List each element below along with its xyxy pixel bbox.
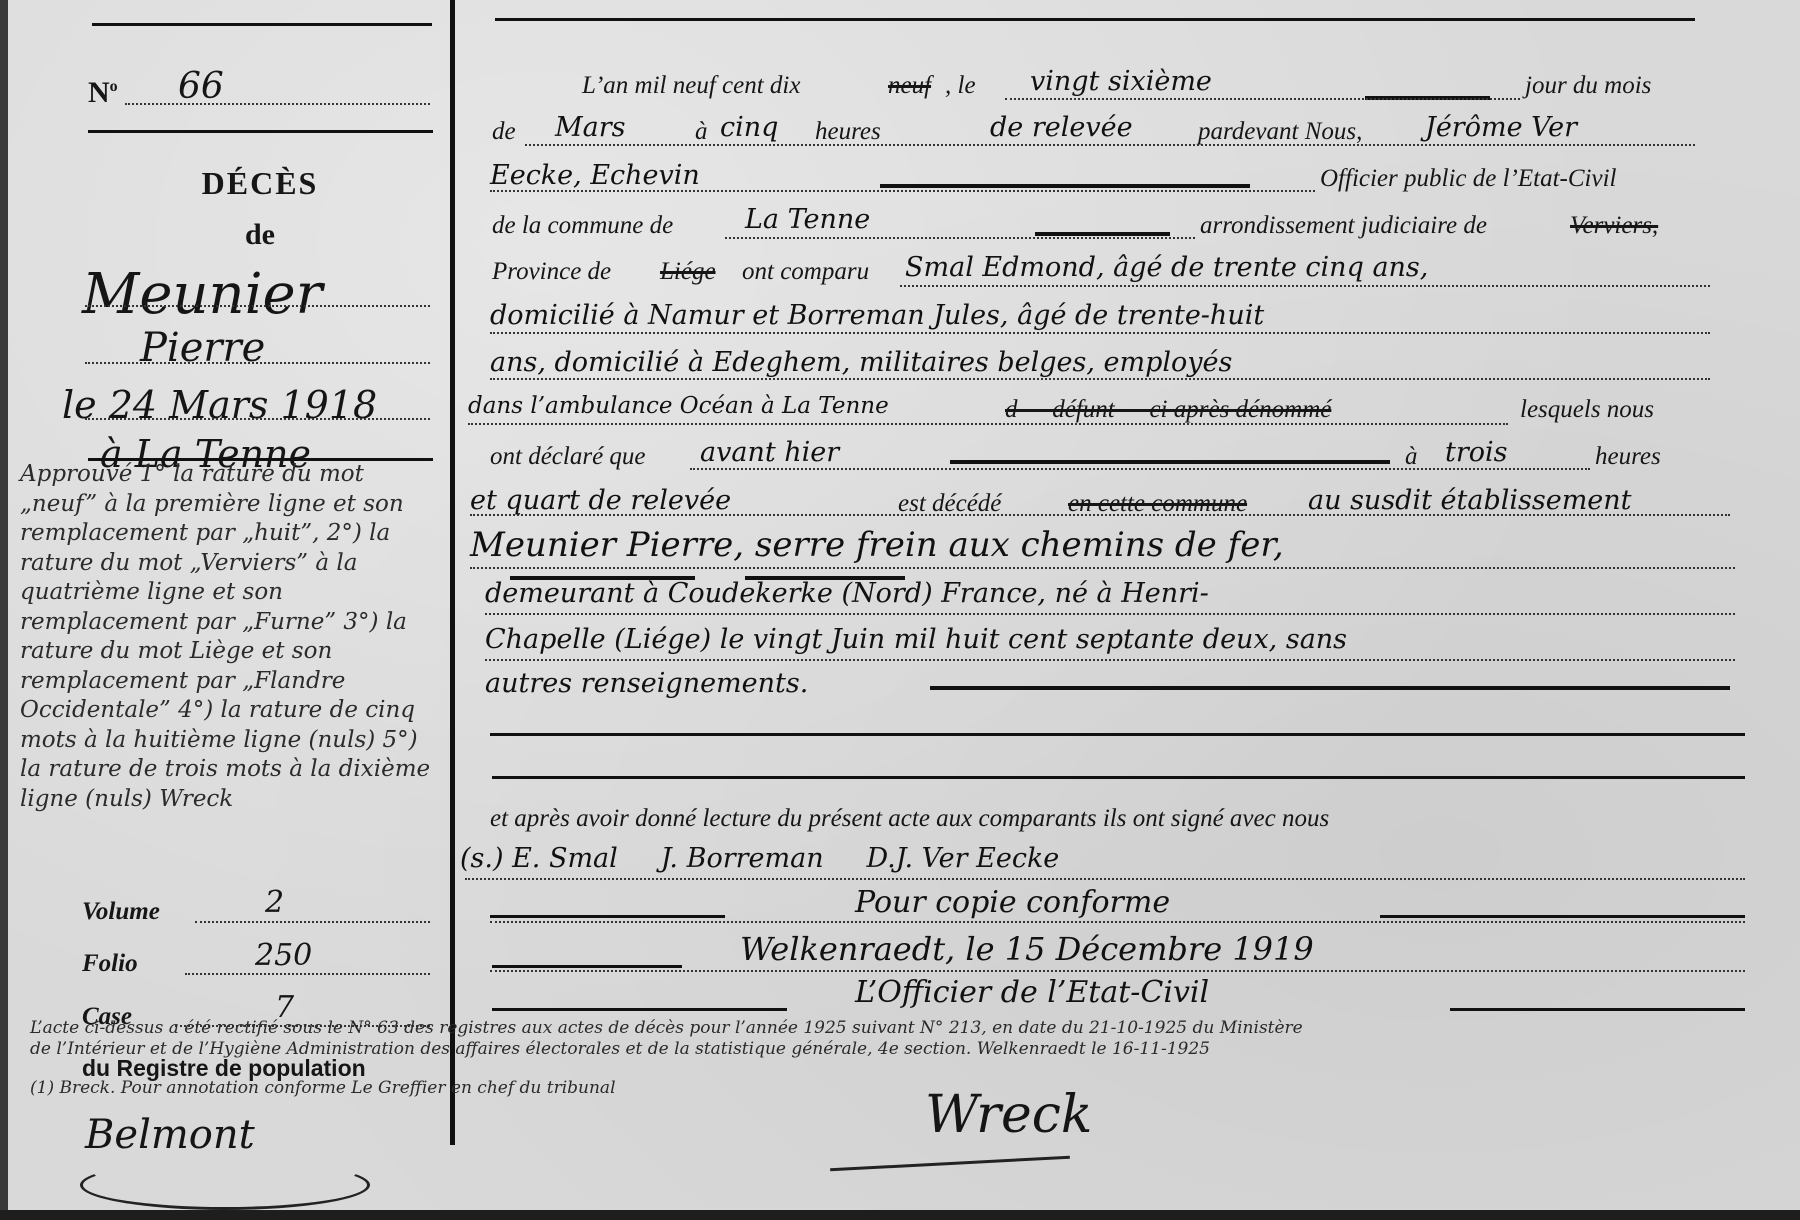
- copy-rule-right: [1380, 915, 1745, 918]
- death-date: le 24 Mars 1918: [62, 383, 377, 427]
- line4-struck-word: Verviers,: [1570, 212, 1658, 240]
- copy-place-date: Welkenraedt, le 15 Décembre 1919: [740, 930, 1314, 968]
- number-rule: [88, 130, 433, 133]
- line2-handwritten-hour: cinq: [720, 112, 778, 143]
- line12-dots: [485, 613, 1735, 615]
- blank-rule-1: [490, 733, 1745, 736]
- line1-printed-c: jour du mois: [1525, 72, 1651, 100]
- document-page: No 66 DÉCÈS de Meunier Pierre le 24 Mars…: [0, 0, 1800, 1220]
- death-date-dots: [85, 418, 430, 420]
- line14-handwritten: autres renseignements.: [485, 668, 808, 699]
- rectification-line-3: (1) Breck. Pour annotation conforme Le G…: [30, 1078, 1770, 1099]
- line2-handwritten-officer: Jérôme Ver: [1425, 112, 1577, 143]
- signature-flourish: [80, 1160, 370, 1210]
- line5-dots: [900, 285, 1710, 287]
- copy-officer-title: L’Officier de l’Etat-Civil: [855, 975, 1209, 1010]
- page-bottom-edge: [0, 1210, 1800, 1220]
- line10-dots: [470, 514, 1730, 516]
- line10-handwritten-b: au susdit établissement: [1308, 485, 1632, 516]
- line8-handwritten: dans l’ambulance Océan à La Tenne: [468, 393, 889, 419]
- deceased-surname: Meunier: [82, 262, 322, 327]
- copy-rule-left: [490, 915, 725, 918]
- line4-dots: [725, 237, 1195, 239]
- line3-handwritten-officer: Eecke, Echevin: [490, 160, 700, 191]
- signatures-dots: [465, 878, 1745, 880]
- marginal-approval-note: Approuvé 1° la rature du mot „neuf” à la…: [20, 460, 435, 814]
- line4-handwritten-commune: La Tenne: [745, 204, 870, 235]
- record-title: DÉCÈS: [150, 165, 370, 202]
- line9-printed-b: à: [1405, 443, 1418, 471]
- line6-dots: [490, 332, 1710, 334]
- line11-deceased: Meunier Pierre, serre frein aux chemins …: [470, 525, 1284, 565]
- line5-printed-b: ont comparu: [742, 258, 869, 286]
- line4-printed-a: de la commune de: [492, 212, 673, 240]
- line5-printed-a: Province de: [492, 258, 611, 286]
- officer-signature: Wreck: [925, 1085, 1092, 1145]
- line1-printed-b: , le: [945, 72, 976, 100]
- line9-handwritten: avant hier: [700, 437, 839, 468]
- line9-printed-c: heures: [1595, 443, 1661, 471]
- line11-dots: [470, 567, 1735, 569]
- line3-fill-bar: [880, 184, 1250, 188]
- record-title-de: de: [150, 218, 370, 252]
- line2-printed-d: pardevant Nous,: [1198, 118, 1362, 146]
- line2-handwritten-month: Mars: [555, 112, 626, 143]
- firstname-dots: [85, 362, 430, 364]
- line3-dots: [490, 190, 1315, 192]
- line5-struck-word: Liége: [660, 258, 716, 286]
- line9-fill-bar: [950, 460, 1390, 464]
- line10-handwritten-a: et quart de relevée: [470, 485, 731, 516]
- line9-dots: [690, 468, 1590, 470]
- copy-certification: Pour copie conforme: [855, 885, 1170, 920]
- registrar-signature: Belmont: [85, 1112, 255, 1158]
- rectification-line-1: L’acte ci-dessus a été rectifié sous le …: [30, 1018, 1770, 1039]
- line7-dots: [490, 378, 1710, 380]
- line1-printed-a: L’an mil neuf cent dix: [582, 72, 800, 100]
- column-divider: [450, 0, 455, 1145]
- line1-dots: [1005, 98, 1520, 100]
- page-left-edge: [0, 0, 8, 1220]
- line2-printed-b: à: [695, 118, 708, 146]
- record-number-dots: [125, 103, 430, 105]
- folio-value: 250: [255, 938, 312, 973]
- folio-dots: [185, 973, 430, 975]
- folio-label: Folio: [82, 950, 138, 978]
- line2-printed-a: de: [492, 118, 516, 146]
- officer-rule-left: [492, 1008, 787, 1011]
- line2-printed-c: heures: [815, 118, 881, 146]
- line13-handwritten: Chapelle (Liége) le vingt Juin mil huit …: [485, 624, 1347, 655]
- line1-handwritten-day: vingt sixième: [1030, 66, 1212, 97]
- line13-dots: [485, 659, 1735, 661]
- line5-handwritten-witness1: Smal Edmond, âgé de trente cinq ans,: [905, 252, 1428, 283]
- witness-signatures: (s.) E. Smal J. Borreman D.J. Ver Eecke: [460, 843, 1059, 874]
- line8-struck-text: d — défunt — ci après dénommé: [1005, 396, 1331, 424]
- officer-signature-underline: [830, 1156, 1070, 1172]
- record-number-value: 66: [178, 66, 224, 107]
- line2-dots: [525, 144, 1695, 146]
- top-rule-right: [495, 18, 1695, 21]
- line1-struck-word: neuf: [888, 72, 931, 100]
- line14-fill-bar: [930, 686, 1730, 690]
- line12-handwritten: demeurant à Coudekerke (Nord) France, né…: [485, 578, 1209, 609]
- volume-dots: [195, 921, 430, 923]
- line9-handwritten-hour: trois: [1445, 437, 1508, 468]
- line6-handwritten: domicilié à Namur et Borreman Jules, âgé…: [490, 300, 1264, 331]
- closing-statement: et après avoir donné lecture du présent …: [490, 805, 1329, 833]
- place-dots: [490, 970, 1745, 972]
- rectification-note: L’acte ci-dessus a été rectifié sous le …: [30, 1018, 1770, 1099]
- officer-rule-right: [1450, 1008, 1745, 1011]
- line8-dots: [468, 423, 1508, 425]
- line4-printed-b: arrondissement judiciaire de: [1200, 212, 1487, 240]
- rectification-line-2: de l’Intérieur et de l’Hygiène Administr…: [30, 1039, 1770, 1060]
- blank-rule-2: [492, 776, 1745, 779]
- line7-handwritten: ans, domicilié à Edeghem, militaires bel…: [490, 347, 1232, 378]
- copy-dots: [490, 921, 1745, 923]
- place-rule-left: [492, 965, 682, 968]
- surname-dots: [85, 305, 430, 307]
- line2-handwritten-time: de relevée: [990, 112, 1133, 143]
- volume-label: Volume: [82, 898, 160, 926]
- line4-fill-bar: [1035, 232, 1170, 236]
- line3-printed: Officier public de l’Etat-Civil: [1320, 165, 1616, 193]
- record-number-label: No: [88, 76, 118, 110]
- top-rule-left: [92, 23, 432, 26]
- deceased-first-name: Pierre: [140, 325, 265, 371]
- volume-value: 2: [265, 885, 284, 920]
- line8-printed: lesquels nous: [1520, 396, 1654, 424]
- line9-printed-a: ont déclaré que: [490, 443, 646, 471]
